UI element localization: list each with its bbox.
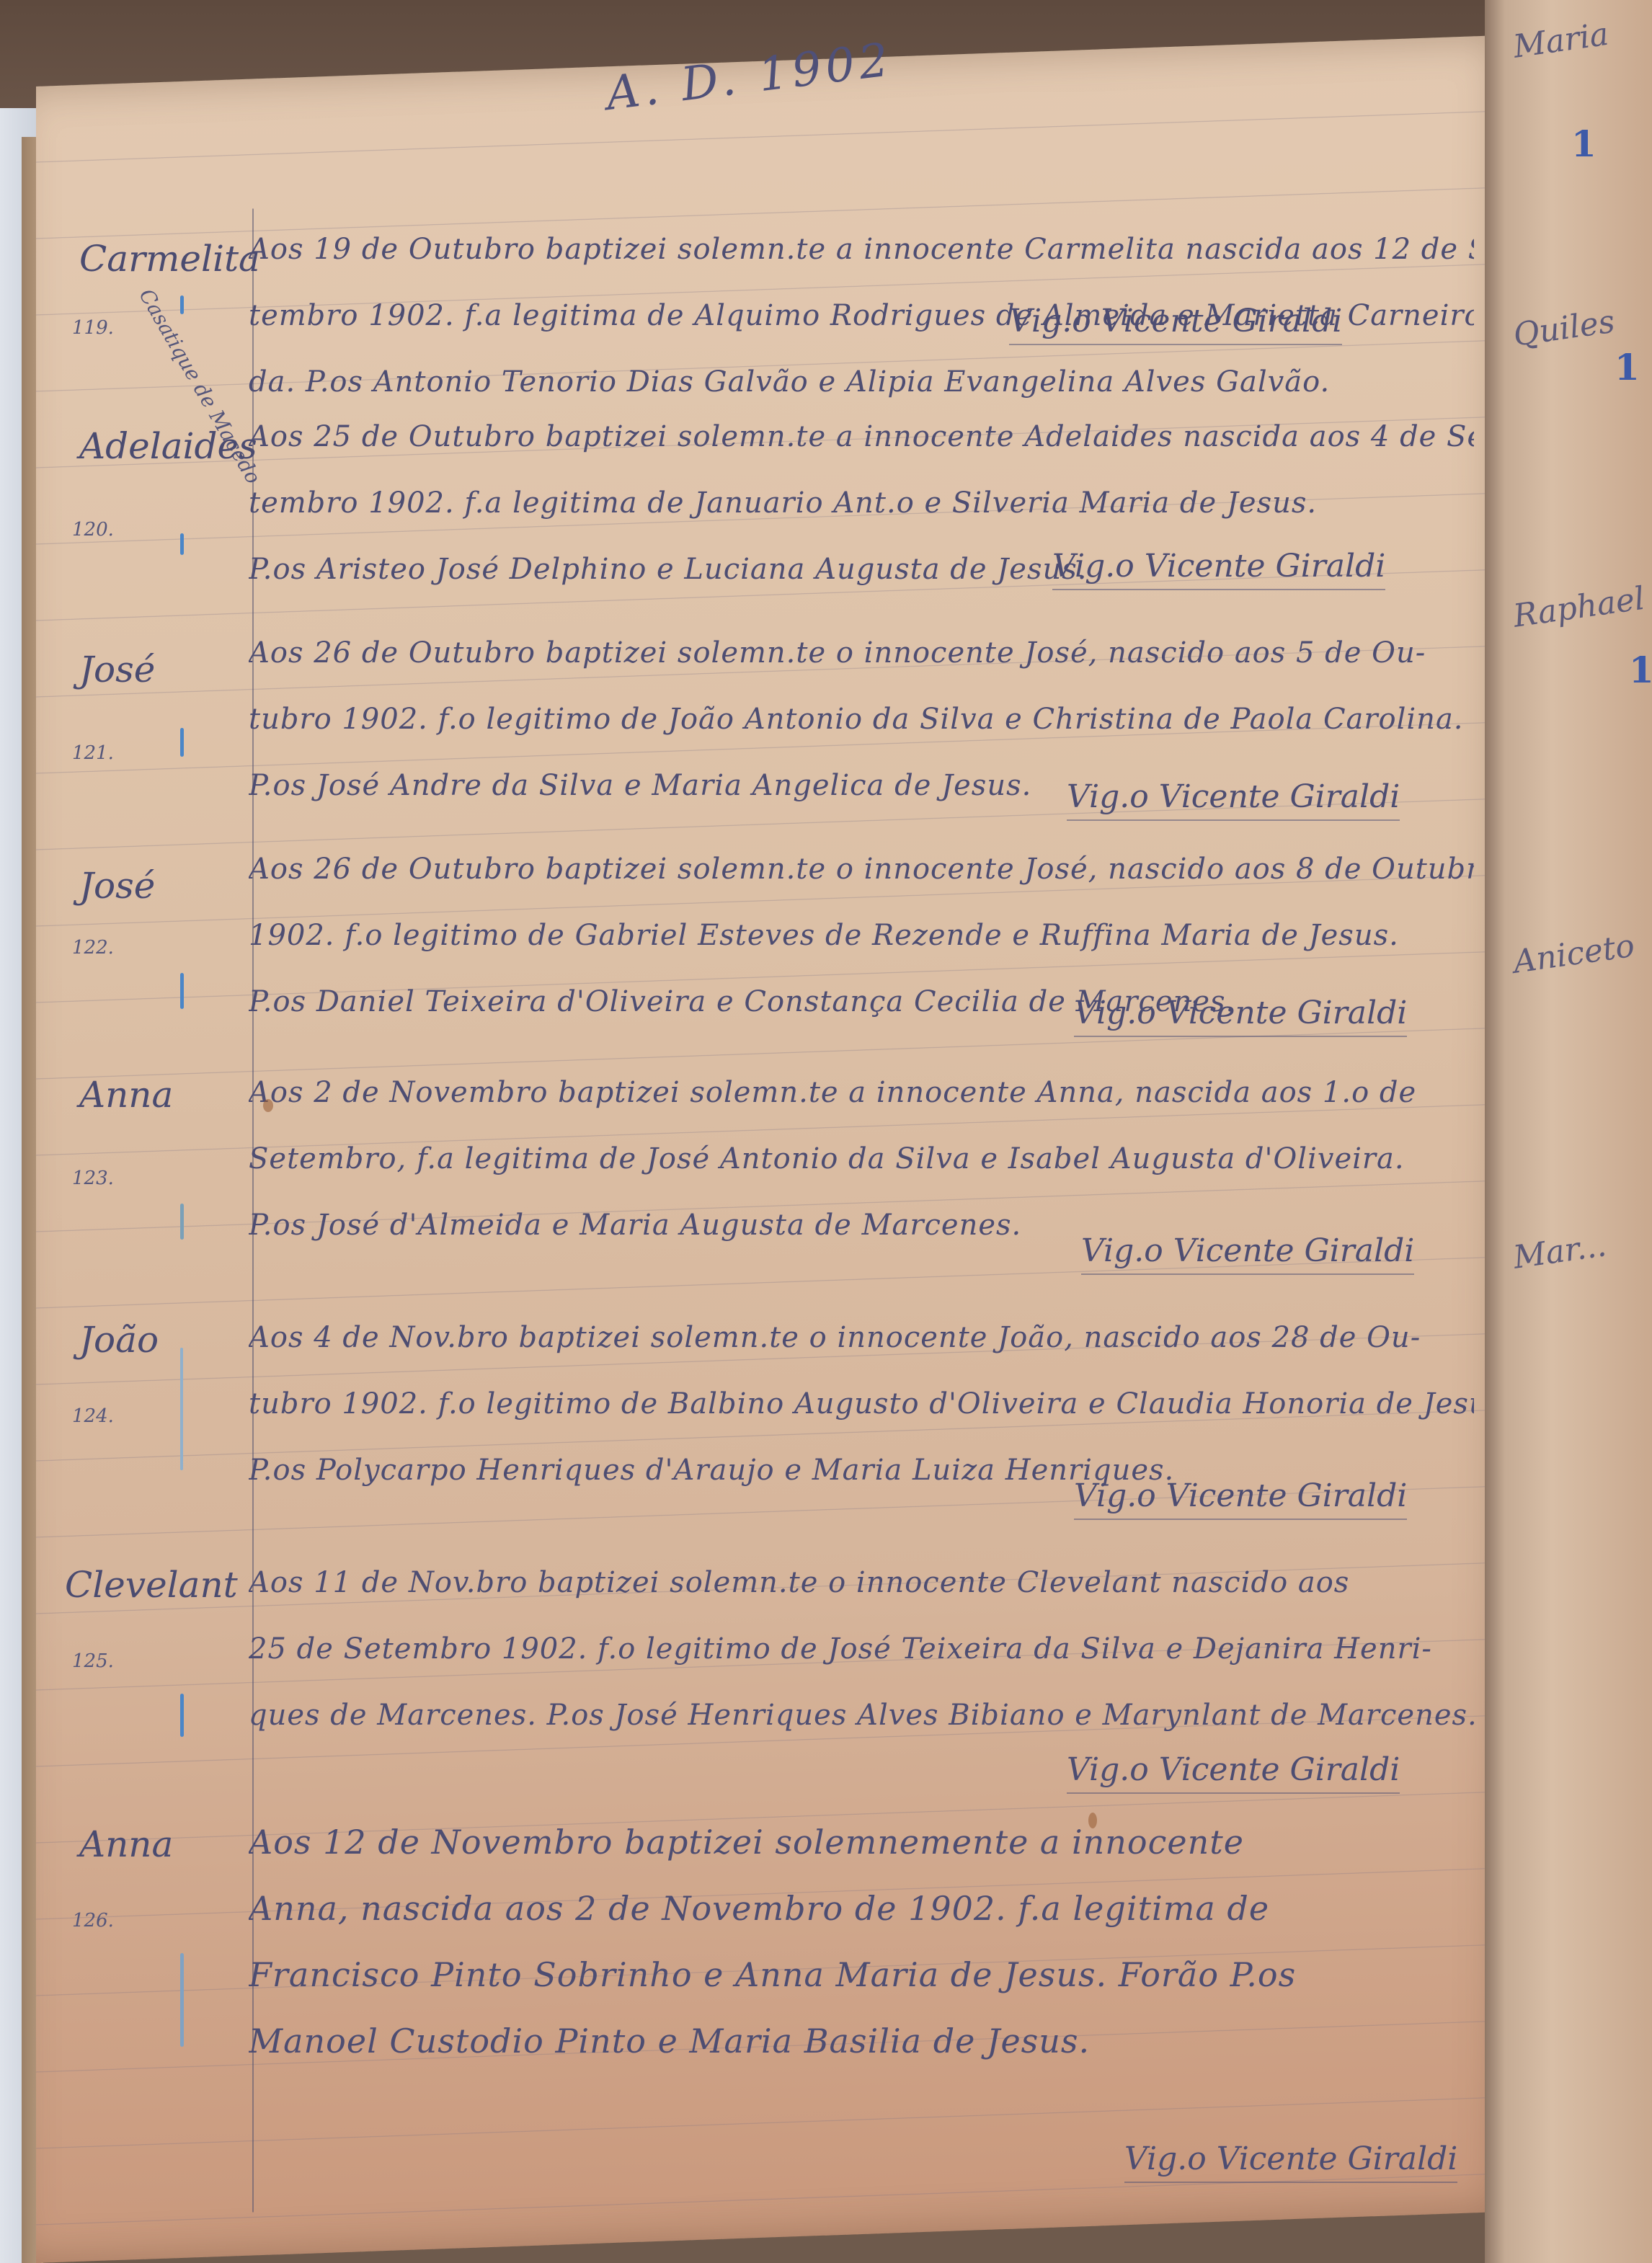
register-entry: José 121. Aos 26 de Outubro baptizei sol… <box>0 620 1485 836</box>
entry-line: Aos 2 de Novembro baptizei solemn.te a i… <box>249 1059 1474 1126</box>
facing-page-name: Quiles <box>1511 303 1617 354</box>
entry-number: 119. <box>72 317 114 339</box>
child-name: Adelaides <box>79 425 257 467</box>
child-name: Anna <box>79 1823 173 1865</box>
facing-page-tally: 1 <box>1629 649 1652 691</box>
entry-line: Anna, nascida aos 2 de Novembro de 1902.… <box>249 1875 1474 1942</box>
entry-number: 126. <box>72 1910 114 1931</box>
priest-signature: Vig.o Vicente Giraldi <box>1067 778 1400 821</box>
entry-line: tubro 1902. f.o legitimo de João Antonio… <box>249 686 1474 752</box>
entry-line: tembro 1902. f.a legitima de Januario An… <box>249 470 1474 536</box>
register-entry: José 122. Aos 26 de Outubro baptizei sol… <box>0 836 1485 1052</box>
blue-tick-mark <box>180 1953 184 2047</box>
register-entry: Clevelant 125. Aos 11 de Nov.bro baptize… <box>0 1550 1485 1787</box>
ink-stain <box>1088 1813 1097 1828</box>
priest-signature: Vig.o Vicente Giraldi <box>1067 1751 1400 1794</box>
entry-line: Aos 26 de Outubro baptizei solemn.te o i… <box>249 836 1474 902</box>
priest-signature: Vig.o Vicente Giraldi <box>1124 2140 1457 2183</box>
facing-page-name: Mar... <box>1511 1227 1608 1276</box>
entry-line: Aos 26 de Outubro baptizei solemn.te o i… <box>249 620 1474 686</box>
entry-number: 120. <box>72 519 114 541</box>
facing-page-tally: 1 <box>1615 346 1640 388</box>
register-entry: Adelaides 120. Aos 25 de Outubro baptize… <box>0 404 1485 620</box>
facing-page-tally: 1 <box>1571 123 1597 165</box>
priest-signature: Vig.o Vicente Giraldi <box>1081 1232 1414 1275</box>
entry-line: Aos 11 de Nov.bro baptizei solemn.te o i… <box>249 1550 1474 1616</box>
entry-number: 122. <box>72 937 114 959</box>
register-entry: Carmelita 119. Casatique de Macedo Aos 1… <box>0 216 1485 418</box>
entry-body: Aos 11 de Nov.bro baptizei solemn.te o i… <box>249 1550 1474 1748</box>
child-name: José <box>79 865 155 907</box>
register-entry: Anna 126. Aos 12 de Novembro baptizei so… <box>0 1809 1485 2112</box>
facing-page: Maria 1 Quiles 1 Raphael 1 Aniceto Mar..… <box>1485 0 1652 2263</box>
entry-number: 124. <box>72 1405 114 1427</box>
child-name: Clevelant <box>65 1564 238 1606</box>
facing-page-name: Maria <box>1511 16 1610 66</box>
priest-signature: Vig.o Vicente Giraldi <box>1074 995 1407 1037</box>
entry-body: Aos 12 de Novembro baptizei solemnemente… <box>249 1809 1474 2074</box>
priest-signature: Vig.o Vicente Giraldi <box>1009 303 1342 345</box>
blue-tick-mark <box>180 1204 184 1240</box>
entry-line: Aos 19 de Outubro baptizei solemn.te a i… <box>249 216 1474 283</box>
entry-number: 123. <box>72 1168 114 1189</box>
child-name: João <box>79 1319 159 1361</box>
blue-tick-mark <box>180 295 184 314</box>
child-name: Anna <box>79 1074 173 1116</box>
entry-body: Aos 2 de Novembro baptizei solemn.te a i… <box>249 1059 1474 1258</box>
entry-body: Aos 4 de Nov.bro baptizei solemn.te o in… <box>249 1304 1474 1503</box>
register-entry: João 124. Aos 4 de Nov.bro baptizei sole… <box>0 1304 1485 1535</box>
facing-page-name: Aniceto <box>1511 928 1636 981</box>
blue-tick-mark <box>180 1348 183 1470</box>
entry-line: Aos 12 de Novembro baptizei solemnemente… <box>249 1809 1474 1875</box>
ink-stain <box>263 1099 273 1112</box>
blue-tick-mark <box>180 533 184 555</box>
child-name: Carmelita <box>79 238 260 280</box>
entry-line: Aos 4 de Nov.bro baptizei solemn.te o in… <box>249 1304 1474 1371</box>
entry-line: ques de Marcenes. P.os José Henriques Al… <box>249 1682 1474 1748</box>
priest-signature: Vig.o Vicente Giraldi <box>1052 548 1385 590</box>
entry-line: Francisco Pinto Sobrinho e Anna Maria de… <box>249 1942 1474 2008</box>
blue-tick-mark <box>180 728 184 757</box>
blue-tick-mark <box>180 973 184 1009</box>
facing-page-name: Raphael <box>1511 580 1647 635</box>
blue-tick-mark <box>180 1694 184 1737</box>
entry-line: Aos 25 de Outubro baptizei solemn.te a i… <box>249 404 1474 470</box>
entry-line: 25 de Setembro 1902. f.o legitimo de Jos… <box>249 1616 1474 1682</box>
entry-number: 121. <box>72 742 114 764</box>
entry-line: Setembro, f.a legitima de José Antonio d… <box>249 1126 1474 1192</box>
entry-line: Manoel Custodio Pinto e Maria Basilia de… <box>249 2008 1474 2074</box>
entry-number: 125. <box>72 1650 114 1672</box>
entry-line: tubro 1902. f.o legitimo de Balbino Augu… <box>249 1371 1474 1437</box>
priest-signature: Vig.o Vicente Giraldi <box>1074 1477 1407 1520</box>
register-entry: Anna 123. Aos 2 de Novembro baptizei sol… <box>0 1059 1485 1290</box>
child-name: José <box>79 649 155 690</box>
entry-line: 1902. f.o legitimo de Gabriel Esteves de… <box>249 902 1474 969</box>
